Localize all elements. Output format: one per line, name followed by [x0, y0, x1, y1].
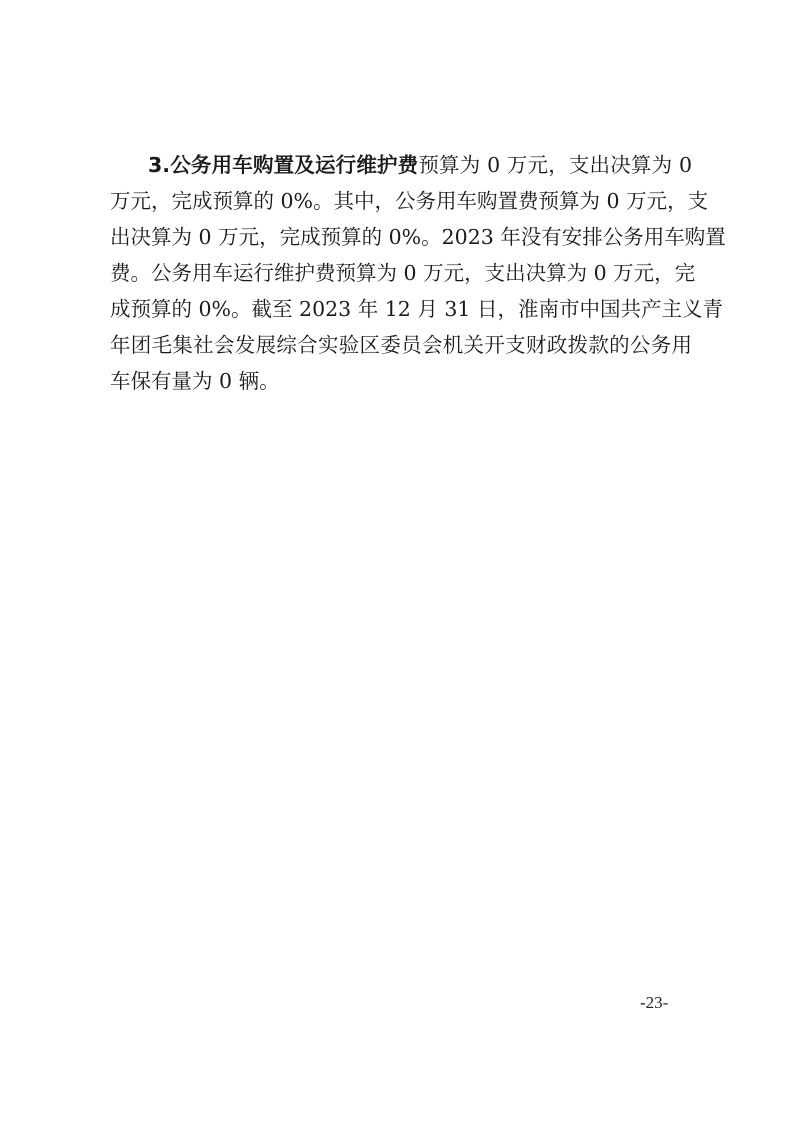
paragraph-line-1: 3.公务用车购置及运行维护费预算为 0 万元，支出决算为 0: [148, 147, 692, 183]
page-number: -23-: [640, 993, 668, 1013]
paragraph-line-3: 出决算为 0 万元，完成预算的 0%。2023 年没有安排公务用车购置: [110, 219, 692, 255]
paragraph-line-4: 费。公务用车运行维护费预算为 0 万元，支出决算为 0 万元，完: [110, 255, 692, 291]
document-page: 3.公务用车购置及运行维护费预算为 0 万元，支出决算为 0 万元，完成预算的 …: [0, 0, 793, 1122]
paragraph-line-6: 年团毛集社会发展综合实验区委员会机关开支财政拨款的公务用: [110, 327, 692, 363]
paragraph-line-2: 万元，完成预算的 0%。其中，公务用车购置费预算为 0 万元，支: [110, 183, 692, 219]
paragraph-line-7: 车保有量为 0 辆。: [110, 363, 692, 399]
section-heading: 3.公务用车购置及运行维护费: [148, 153, 418, 177]
paragraph-text: 预算为 0 万元，支出决算为 0: [418, 153, 692, 177]
paragraph-line-5: 成预算的 0%。截至 2023 年 12 月 31 日，淮南市中国共产主义青: [110, 291, 692, 327]
